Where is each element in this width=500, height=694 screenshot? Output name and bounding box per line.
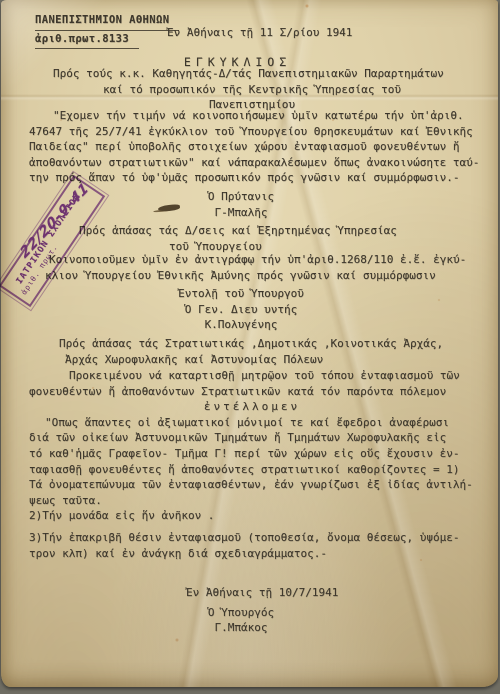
signature-name: Γ.Μπάκος <box>29 620 453 636</box>
signature-role: Ὁ Ὑπουργός <box>29 605 453 621</box>
signature-byorder: Ἐντολῇ τοῦ Ὑπουργοῦ <box>29 286 453 302</box>
text-line: Πρός ἁπάσας τάς Δ/σεις καί Ἐξηρτημένας Ὑ… <box>29 223 475 239</box>
recipients-authorities: Πρός ἁπάσας τάς Στρατιωτικάς ,Δημοτικάς … <box>29 336 475 367</box>
text-line: Παιδείας" περί ὑποβολῆς στοιχείων χώρου … <box>29 139 475 155</box>
text-line: τό καθ'ἡμᾶς Γραφεῖον- Τμῆμα Γ! περί τῶν … <box>29 446 475 462</box>
list-item-2: 2)Τήν μονάδα εἰς ἥν ἀνῆκον . <box>29 508 475 524</box>
recipients-ministry: Πρός ἁπάσας τάς Δ/σεις καί Ἐξηρτημένας Ὑ… <box>29 223 475 254</box>
text-line: ταφιασθῇ φονευθέντες ἤ ἀποθανόντες στρατ… <box>29 462 475 478</box>
text-line: Κοινοποιοῦμεν ὑμῖν ἐν ἀντιγράφῳ τήν ὑπ'ἀ… <box>29 252 475 268</box>
text-line: "Εχομεν τήν τιμήν νά κοινοποιήσωμεν ὑμῖν… <box>29 108 475 124</box>
text-line: διά τῶν οἰκείων Ἀστυνομικῶν Τμημάτων ἤ Τ… <box>29 430 475 446</box>
text-line: 47647 τῆς 25/7/41 ἐγκύκλιον τοῦ Ὑπουργεί… <box>29 124 475 140</box>
text-line: Ἀρχάς Χωροφυλακῆς καί Ἀστυνομίας Πόλεων <box>29 352 475 368</box>
text-line: "Οπως ἅπαντες οἱ ἀξιωματικοί μόνιμοί τε … <box>29 415 475 431</box>
text-line: Προκειμένου νά καταρτισθῇ μητρῷον τοῦ τό… <box>29 368 475 384</box>
text-line: Ἐν Ἀθήναις τῇ 11 Σ/ρίου 1941 <box>167 25 352 41</box>
dateline-top: Ἐν Ἀθήναις τῇ 11 Σ/ρίου 1941 <box>167 25 352 41</box>
text-line: ἀποθανόντων στρατιωτικῶν" καί νάπαρακαλέ… <box>29 155 475 171</box>
text-line: Πρός τούς κ.κ. Καθηγητάς-Δ/τάς Πανεπιστη… <box>29 66 475 82</box>
text-line: τρον κλπ) καί ἐν ἀνάγκῃ διά σχεδιαγράμμα… <box>29 546 475 562</box>
paragraph-ministry-circular: Κοινοποιοῦμεν ὑμῖν ἐν ἀντιγράφῳ τήν ὑπ'ἀ… <box>29 252 475 283</box>
signature-name: Κ.Πολυγένης <box>29 317 453 333</box>
document-page: ΠΑΝΕΠΙΣΤΗΜΙΟΝ ΑΘΗΝΩΝ ἀριθ.πρωτ.8133 Ἐν Ἀ… <box>1 0 498 687</box>
text-line: την πρός ἅπαν τό ὑφ'ὑμᾶς προσωπικόν πρός… <box>29 170 475 186</box>
text-line: Πρός ἁπάσας τάς Στρατιωτικάς ,Δημοτικάς … <box>29 336 475 352</box>
text-line: κλιον Ὑπουργείου Ἐθνικῆς Ἀμύνης πρός γνῶ… <box>29 268 475 284</box>
text-line: ψεως ταῦτα. <box>29 493 475 509</box>
signature-role: Ὁ Γεν. Διευ υντής <box>29 302 453 318</box>
recipients-university: Πρός τούς κ.κ. Καθηγητάς-Δ/τάς Πανεπιστη… <box>29 66 475 113</box>
letterhead-protocol-number: ἀριθ.πρωτ.8133 <box>35 32 139 50</box>
list-item-3: 3)Τήν ἐπακριβῆ θέσιν ἐνταφιασμοῦ (τοποθε… <box>29 530 475 546</box>
signature-director: Ἐντολῇ τοῦ Ὑπουργοῦ Ὁ Γεν. Διευ υντής Κ.… <box>29 286 453 333</box>
scanned-document-photo: { "scan": { "paper_color": "#dfd1a9", "i… <box>0 0 500 694</box>
text-line: φονευθέντων ἤ ἀποθανόντων Στρατιωτικῶν κ… <box>29 384 475 400</box>
dateline-bottom: Ἐν Ἀθήναις τῇ 10/7/1941 <box>29 585 453 601</box>
letterhead-institution: ΠΑΝΕΠΙΣΤΗΜΙΟΝ ΑΘΗΝΩΝ <box>35 13 179 31</box>
letterhead: ΠΑΝΕΠΙΣΤΗΜΙΟΝ ΑΘΗΝΩΝ ἀριθ.πρωτ.8133 <box>35 13 179 50</box>
command-word: ἐντέλλομεν <box>29 399 475 415</box>
text-line: καί τό προσωπικόν τῆς Κεντρικῆς Ὑπηρεσία… <box>29 82 475 98</box>
closing-block: Ἐν Ἀθήναις τῇ 10/7/1941 Ὁ Ὑπουργός Γ.Μπά… <box>29 585 453 636</box>
paragraph-notification: "Εχομεν τήν τιμήν νά κοινοποιήσωμεν ὑμῖν… <box>29 108 475 186</box>
text-line: Τά ὀνοματεπώνυμα τῶν ἐνταφιασθέντων, ἐάν… <box>29 477 475 493</box>
order-body: Προκειμένου νά καταρτισθῇ μητρῷον τοῦ τό… <box>29 368 475 561</box>
